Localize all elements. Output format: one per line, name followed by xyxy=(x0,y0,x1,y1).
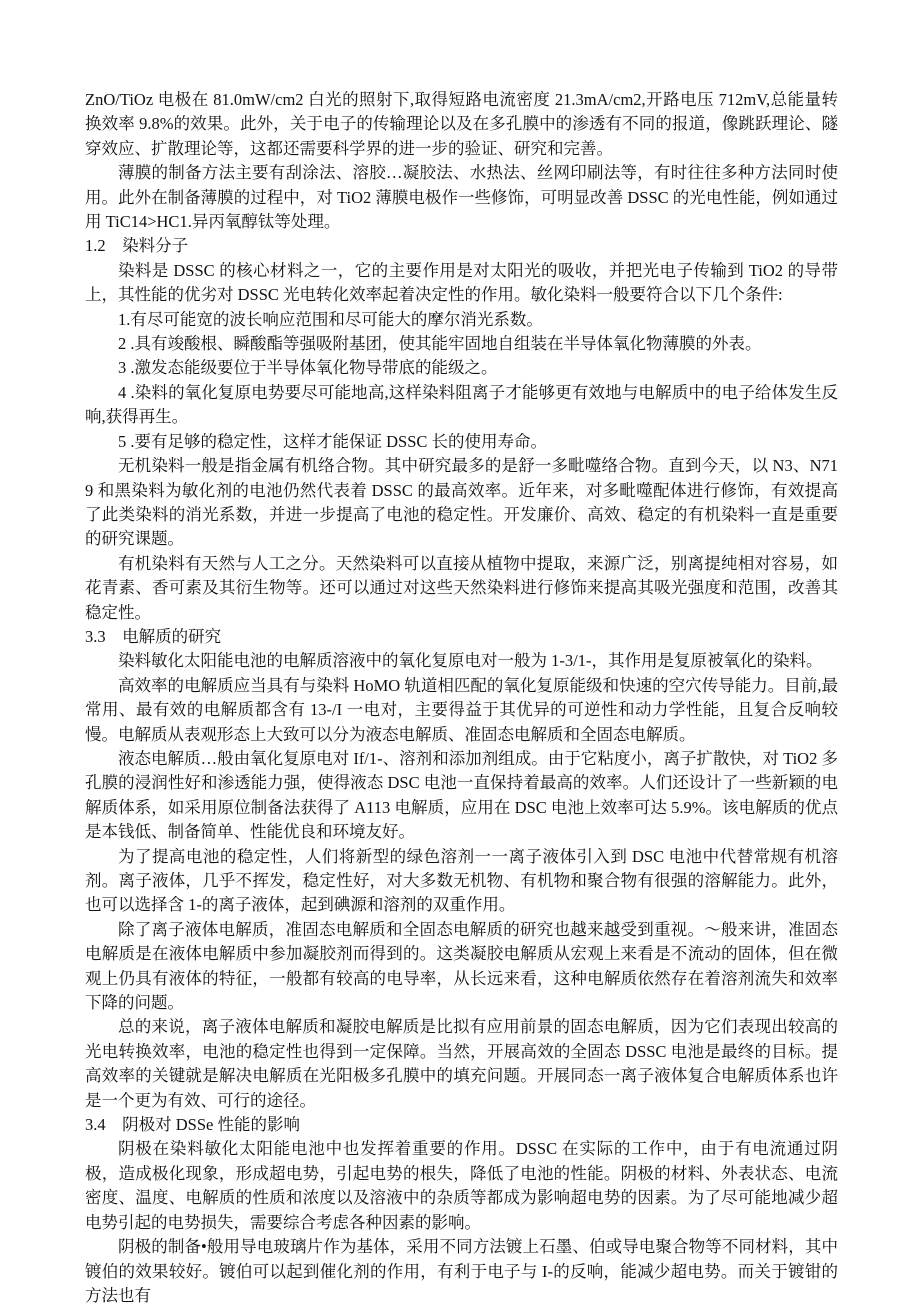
paragraph: 液态电解质…般由氧化复原电对 If/1-、溶剂和添加剂组成。由于它粘度小，离子扩… xyxy=(85,747,838,845)
paragraph: 染料是 DSSC 的核心材料之一，它的主要作用是对太阳光的吸收，并把光电子传输到… xyxy=(85,259,838,308)
paragraph: 阴极的制备•般用导电玻璃片作为基体，采用不同方法镀上石墨、伯或导电聚合物等不同材… xyxy=(85,1235,838,1308)
list-item-5: 5 .要有足够的稳定性，这样才能保证 DSSC 长的使用寿命。 xyxy=(85,430,838,454)
document-page: ZnO/TiOz 电极在 81.0mW/cm2 白光的照射下,取得短路电流密度 … xyxy=(85,88,838,1308)
paragraph: 高效率的电解质应当具有与染料 HoMO 轨道相匹配的氧化复原能级和快速的空穴传导… xyxy=(85,674,838,747)
section-heading-1-2: 1.2 染料分子 xyxy=(85,234,838,258)
paragraph: 阴极在染料敏化太阳能电池中也发挥着重要的作用。DSSC 在实际的工作中，由于有电… xyxy=(85,1137,838,1235)
paragraph: 除了离子液体电解质，准固态电解质和全固态电解质的研究也越来越受到重视。～般来讲，… xyxy=(85,918,838,1016)
paragraph: 为了提高电池的稳定性，人们将新型的绿色溶剂一一离子液体引入到 DSC 电池中代替… xyxy=(85,845,838,918)
section-heading-3-3: 3.3 电解质的研究 xyxy=(85,625,838,649)
paragraph: 总的来说，离子液体电解质和凝胶电解质是比拟有应用前景的固态电解质，因为它们表现出… xyxy=(85,1015,838,1113)
paragraph: 薄膜的制备方法主要有刮涂法、溶胶…凝胶法、水热法、丝网印刷法等，有时往往多种方法… xyxy=(85,161,838,234)
list-item-3: 3 .激发态能级要位于半导体氧化物导带底的能级之。 xyxy=(85,356,838,380)
list-item-2: 2 .具有竣酸根、瞬酸酯等强吸附基团，使其能牢固地自组装在半导体氧化物薄膜的外表… xyxy=(85,332,838,356)
paragraph: 染料敏化太阳能电池的电解质溶液中的氧化复原电对一般为 1-3/1-，其作用是复原… xyxy=(85,649,838,673)
paragraph: 无机染料一般是指金属有机络合物。其中研究最多的是舒一多毗噬络合物。直到今天，以 … xyxy=(85,454,838,552)
paragraph: 有机染料有天然与人工之分。天然染料可以直接从植物中提取，来源广泛，别离提纯相对容… xyxy=(85,552,838,625)
continuation-paragraph: ZnO/TiOz 电极在 81.0mW/cm2 白光的照射下,取得短路电流密度 … xyxy=(85,88,838,161)
list-item-4: 4 .染料的氧化复原电势要尽可能地高,这样染料阻离子才能够更有效地与电解质中的电… xyxy=(85,381,838,430)
section-heading-3-4: 3.4 阴极对 DSSe 性能的影响 xyxy=(85,1113,838,1137)
list-item-1: 1.有尽可能宽的波长响应范围和尽可能大的摩尔消光系数。 xyxy=(85,308,838,332)
